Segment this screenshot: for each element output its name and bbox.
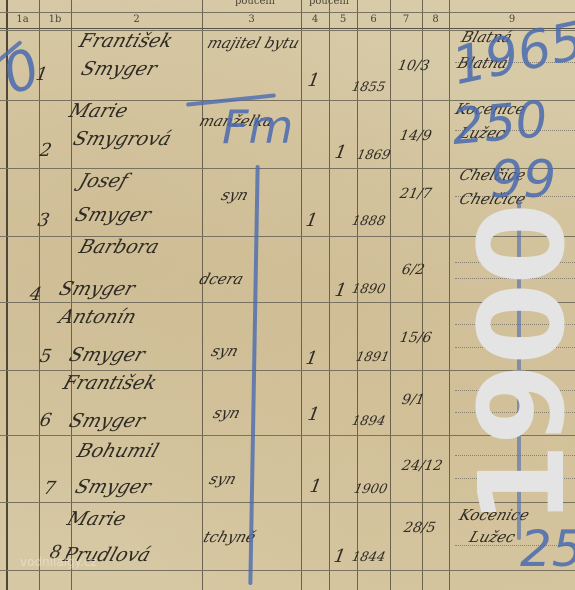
birth-date: 14/9	[399, 128, 433, 144]
row-number: 5	[38, 346, 53, 367]
relation: syn	[219, 186, 251, 204]
col5-mark: 1	[332, 546, 347, 567]
row-number: 3	[36, 210, 51, 231]
given-name: Antonín	[56, 306, 139, 328]
row-number: 2	[38, 140, 53, 161]
surname: Smygrová	[70, 128, 174, 150]
surname: Smyger	[72, 204, 153, 226]
header-line-top	[0, 12, 575, 13]
birth-year: 1890	[350, 282, 386, 297]
given-name: František	[76, 30, 175, 52]
birth-year: 1891	[354, 350, 390, 365]
relation: syn	[207, 470, 239, 488]
birth-date: 24/12	[401, 458, 444, 474]
birth-date: 28/5	[403, 520, 437, 536]
birth-date: 21/7	[399, 186, 433, 202]
row-number: 6	[38, 410, 53, 431]
surname: Smyger	[78, 58, 159, 80]
column-number-6: 6	[357, 14, 390, 25]
watermark-text: vodnilalgy.cz	[20, 555, 97, 569]
relation: dcera	[197, 270, 246, 288]
col4-mark: 1	[304, 210, 319, 231]
birth-year: 1869	[355, 148, 391, 163]
year-overlay: 1900	[462, 200, 575, 530]
column-number-2: 2	[71, 14, 202, 25]
birth-date: 15/6	[399, 330, 433, 346]
given-name: Marie	[64, 508, 128, 530]
birth-year: 1888	[350, 214, 386, 229]
col4-mark: 1	[306, 404, 321, 425]
column-number-8: 8	[422, 14, 449, 25]
surname: Smyger	[56, 278, 137, 300]
birth-year: 1855	[350, 80, 386, 95]
year-overlay-text: 1900	[463, 205, 575, 525]
birth-date: 9/1	[401, 392, 426, 408]
header-label-col3: poučení	[210, 0, 300, 7]
surname: Smyger	[66, 344, 147, 366]
blue-vertical-line	[248, 165, 259, 585]
surname: Smyger	[66, 410, 147, 432]
birth-year: 1894	[350, 414, 386, 429]
relation: syn	[211, 404, 243, 422]
col5-mark: 1	[333, 142, 348, 163]
relation: syn	[209, 342, 241, 360]
column-number-1b: 1b	[39, 14, 71, 25]
header-label-col45: poučení	[301, 0, 357, 7]
surname: Smyger	[72, 476, 153, 498]
col5-mark: 1	[333, 280, 348, 301]
column-number-7: 7	[390, 14, 422, 25]
given-name: Bohumil	[74, 440, 161, 462]
col4-mark: 1	[304, 348, 319, 369]
birth-year: 1844	[350, 550, 386, 565]
birth-year: 1900	[352, 482, 388, 497]
column-number-3: 3	[202, 14, 301, 25]
domicile: Lužec	[467, 528, 518, 546]
col4-mark: 1	[306, 70, 321, 91]
blue-number: 250	[450, 90, 550, 156]
given-name: František	[60, 372, 159, 394]
col4-mark: 1	[308, 476, 323, 497]
given-name: Marie	[66, 100, 130, 122]
given-name: Josef	[76, 170, 130, 192]
given-name: Barbora	[76, 236, 162, 258]
blue-relation-mark: Fm	[222, 100, 293, 154]
birth-date: 10/3	[397, 58, 431, 74]
row-number: 7	[42, 478, 57, 499]
row-line-8	[0, 570, 575, 571]
column-number-5: 5	[329, 14, 357, 25]
census-sheet: poučení poučení 1a 1b 2 3 4 5 6 7 8 9 1 …	[0, 0, 575, 590]
birth-date: 6/2	[401, 262, 426, 278]
column-number-4: 4	[301, 14, 329, 25]
relation: majitel bytu	[205, 34, 302, 52]
column-number-1a: 1a	[6, 14, 39, 25]
